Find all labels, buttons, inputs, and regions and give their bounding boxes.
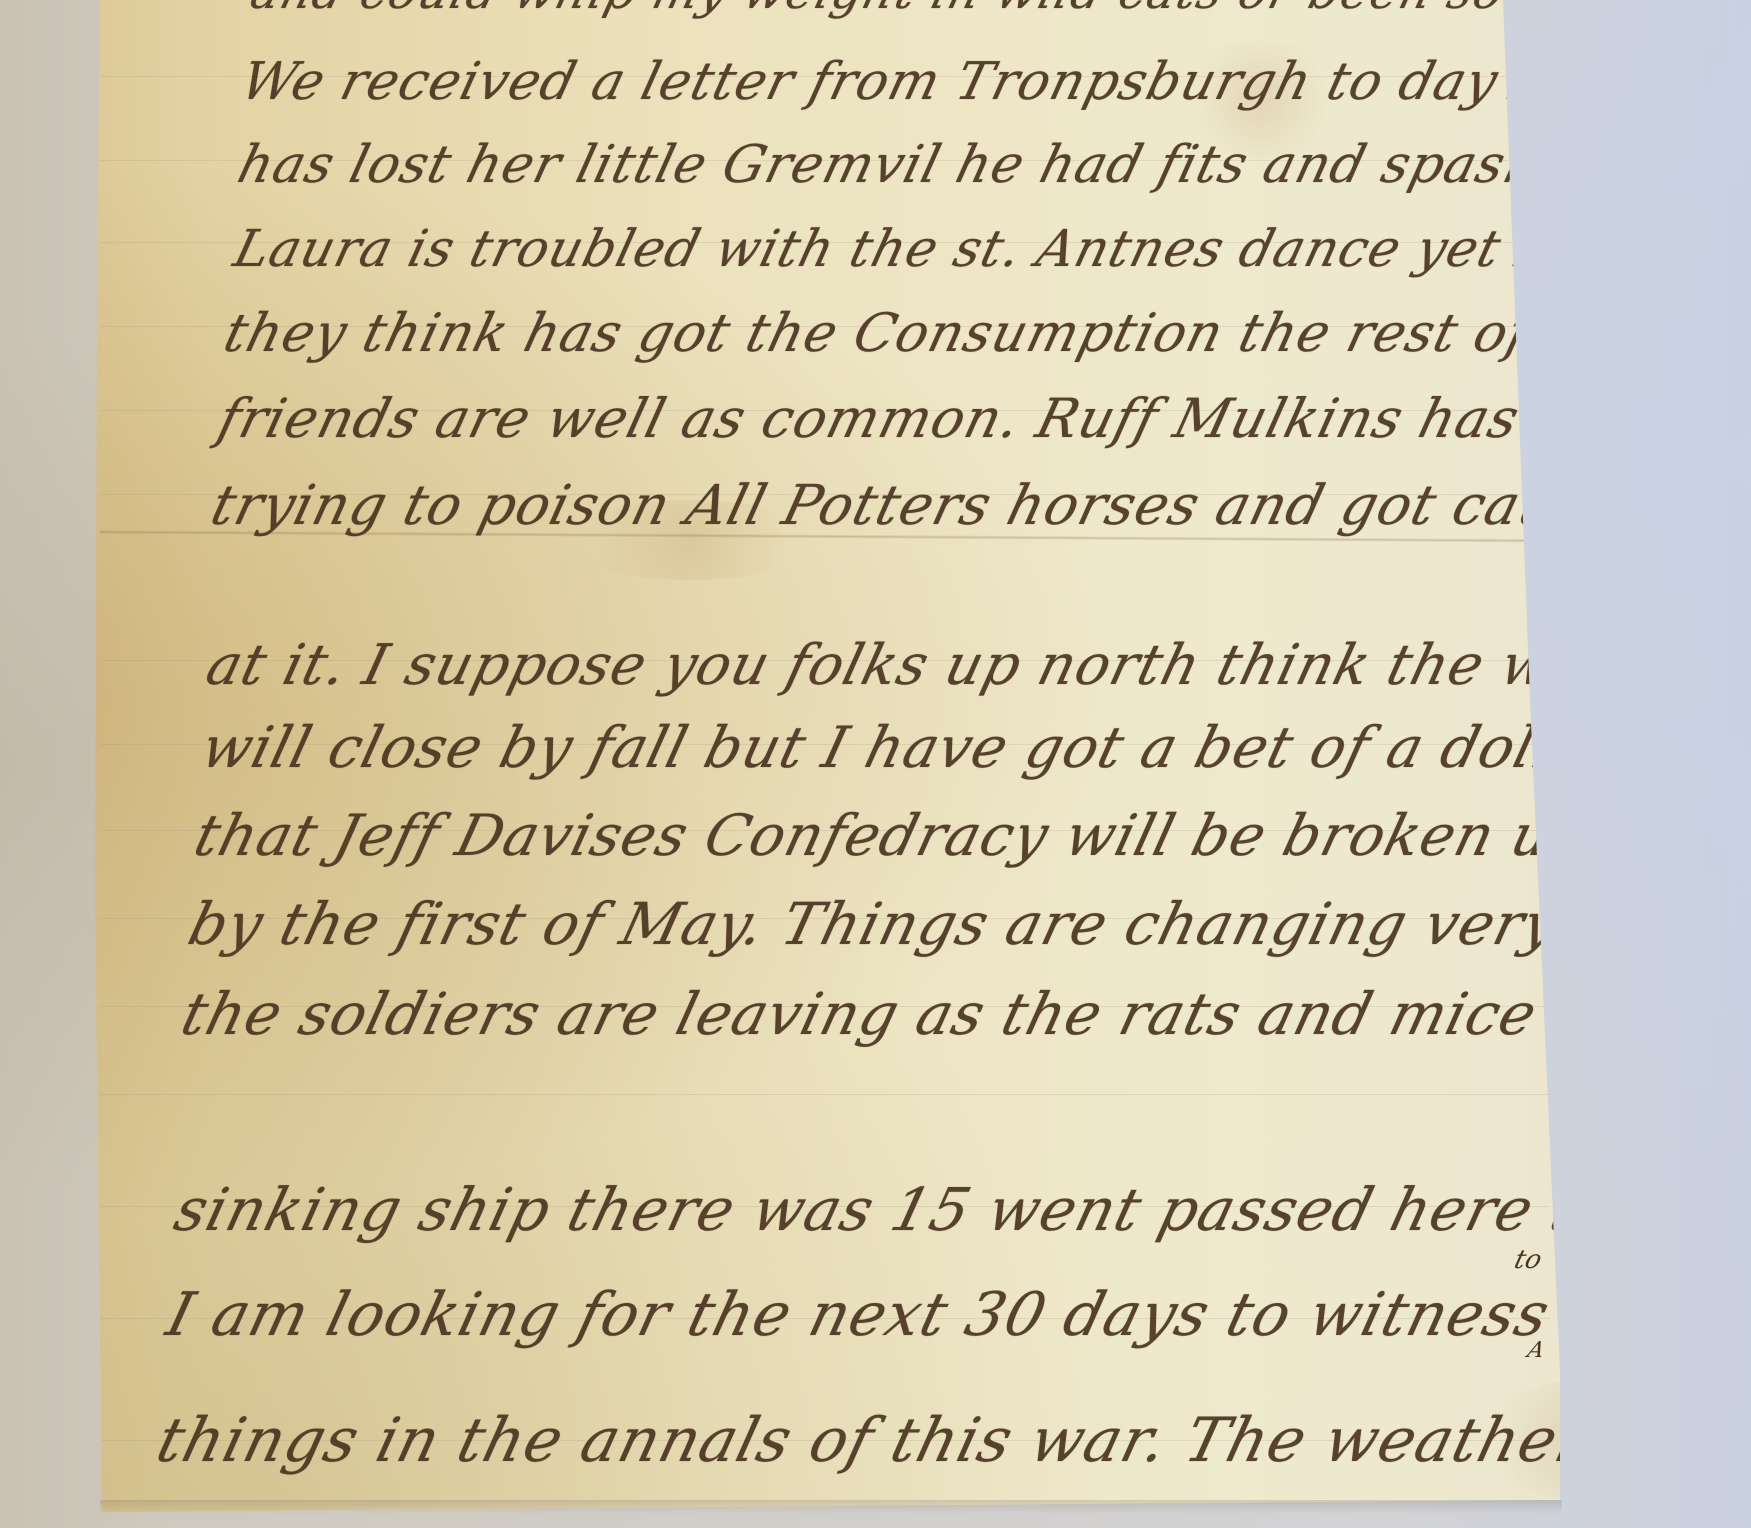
letter-line-11: by the first of May. Things are changing… — [182, 890, 1699, 958]
letter-line-8: at it. I suppose you folks up north thin… — [200, 633, 1621, 698]
page-shadow — [100, 1500, 1562, 1514]
letter-line-13: sinking ship there was 15 went passed he… — [168, 1175, 1751, 1244]
letter-line-12: the soldiers are leaving as the rats and… — [175, 980, 1693, 1048]
letter-page: and could whip my weight in wild cats or… — [0, 0, 1751, 1528]
letter-line-10: that Jeff Davises Confedracy will be bro… — [188, 803, 1596, 869]
letter-line-7: trying to poison All Potters horses and … — [205, 473, 1660, 537]
letter-line-9: will close by fall but I have got a bet … — [195, 715, 1625, 781]
letter-line-3: has lost her little Gremvil he had fits … — [232, 135, 1590, 195]
letter-line-1: and could whip my weight in wild cats or… — [245, 0, 1575, 20]
letter-line-14: I am looking for the next 30 days to wit… — [160, 1280, 1744, 1350]
ruled-line — [100, 1094, 1550, 1095]
insertion-superscript: to — [1511, 1245, 1545, 1275]
letter-line-5: they think has got the Consumption the r… — [218, 303, 1644, 364]
letter-line-15: things in the annals of this war. The we… — [150, 1405, 1669, 1476]
letter-line-6: friends are well as common. Ruff Mulkins… — [212, 387, 1682, 450]
